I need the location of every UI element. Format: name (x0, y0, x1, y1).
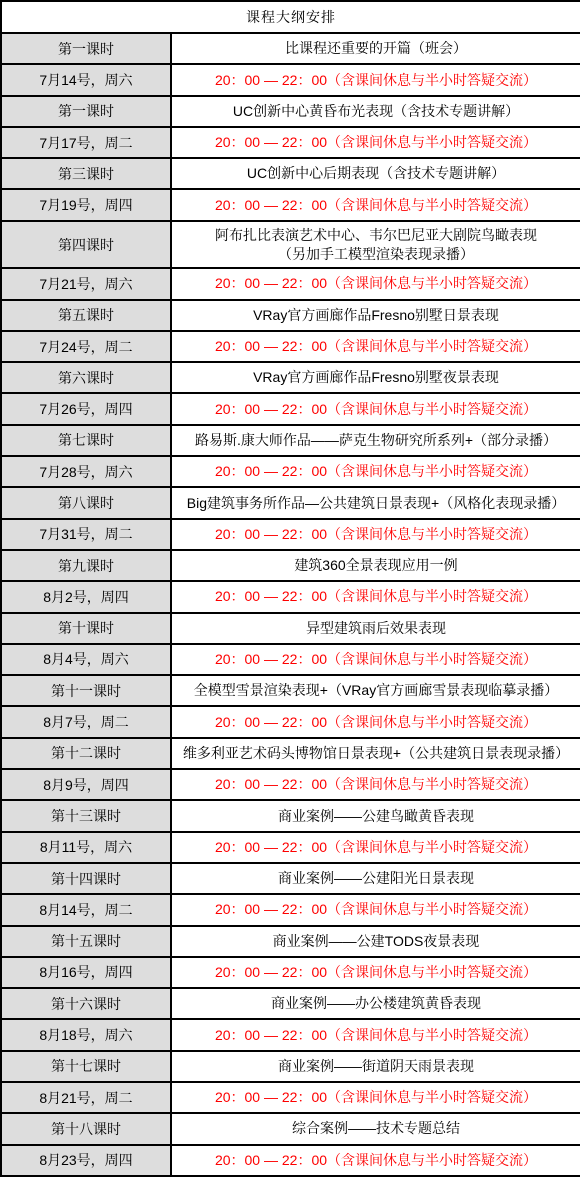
table-row: 第十八课时 综合案例——技术专题总结 (1, 1113, 580, 1144)
table-row: 8月4号，周六 20：00 — 22：00（含课间休息与半小时答疑交流） (1, 644, 580, 675)
table-row: 第一课时 UC创新中心黄昏布光表现（含技术专题讲解） (1, 96, 580, 127)
session-date-cell: 第一课时 (1, 33, 171, 64)
lesson-content-cell: 商业案例——公建鸟瞰黄昏表现 (171, 800, 580, 831)
table-row: 8月18号，周六 20：00 — 22：00（含课间休息与半小时答疑交流） (1, 1019, 580, 1050)
table-row: 第十五课时 商业案例——公建TODS夜景表现 (1, 926, 580, 957)
lesson-content-cell: 20：00 — 22：00（含课间休息与半小时答疑交流） (171, 581, 580, 612)
table-row: 8月7号，周二 20：00 — 22：00（含课间休息与半小时答疑交流） (1, 706, 580, 737)
session-date-cell: 第十六课时 (1, 988, 171, 1019)
session-date-cell: 第十二课时 (1, 738, 171, 769)
session-date-cell: 第十一课时 (1, 675, 171, 706)
table-row: 第十六课时 商业案例——办公楼建筑黄昏表现 (1, 988, 580, 1019)
lesson-content-cell: 20：00 — 22：00（含课间休息与半小时答疑交流） (171, 644, 580, 675)
table-row: 第七课时 路易斯.康大师作品——萨克生物研究所系列+（部分录播） (1, 425, 580, 456)
lesson-content-cell: 20：00 — 22：00（含课间休息与半小时答疑交流） (171, 706, 580, 737)
table-row: 第十二课时 维多利亚艺术码头博物馆日景表现+（公共建筑日景表现录播） (1, 738, 580, 769)
table-row: 第六课时 VRay官方画廊作品Fresno别墅夜景表现 (1, 362, 580, 393)
table-row: 8月11号，周六 20：00 — 22：00（含课间休息与半小时答疑交流） (1, 832, 580, 863)
table-title: 课程大纲安排 (1, 1, 580, 33)
session-date-cell: 7月14号，周六 (1, 64, 171, 95)
session-date-cell: 第十三课时 (1, 800, 171, 831)
lesson-content-cell: 20：00 — 22：00（含课间休息与半小时答疑交流） (171, 519, 580, 550)
lesson-content-cell: 20：00 — 22：00（含课间休息与半小时答疑交流） (171, 331, 580, 362)
session-date-cell: 8月7号，周二 (1, 706, 171, 737)
lesson-content-cell: VRay官方画廊作品Fresno别墅夜景表现 (171, 362, 580, 393)
table-row: 7月17号，周二 20：00 — 22：00（含课间休息与半小时答疑交流） (1, 127, 580, 158)
table-row: 第十三课时 商业案例——公建鸟瞰黄昏表现 (1, 800, 580, 831)
lesson-content-cell: 20：00 — 22：00（含课间休息与半小时答疑交流） (171, 1082, 580, 1113)
table-header-row: 课程大纲安排 (1, 1, 580, 33)
table-row: 第八课时 Big建筑事务所作品—公共建筑日景表现+（风格化表现录播） (1, 487, 580, 518)
table-row: 8月2号，周四 20：00 — 22：00（含课间休息与半小时答疑交流） (1, 581, 580, 612)
session-date-cell: 8月14号，周二 (1, 894, 171, 925)
session-date-cell: 第九课时 (1, 550, 171, 581)
session-date-cell: 第十四课时 (1, 863, 171, 894)
lesson-content-cell: UC创新中心后期表现（含技术专题讲解） (171, 158, 580, 189)
session-date-cell: 7月24号，周二 (1, 331, 171, 362)
lesson-content-cell: 20：00 — 22：00（含课间休息与半小时答疑交流） (171, 268, 580, 299)
table-row: 第五课时 VRay官方画廊作品Fresno别墅日景表现 (1, 300, 580, 331)
session-date-cell: 第六课时 (1, 362, 171, 393)
lesson-content-cell: 商业案例——办公楼建筑黄昏表现 (171, 988, 580, 1019)
session-date-cell: 第十五课时 (1, 926, 171, 957)
session-date-cell: 7月26号，周四 (1, 393, 171, 424)
session-date-cell: 8月11号，周六 (1, 832, 171, 863)
table-row: 第一课时 比课程还重要的开篇（班会） (1, 33, 580, 64)
table-row: 8月16号，周四 20：00 — 22：00（含课间休息与半小时答疑交流） (1, 957, 580, 988)
table-row: 第十课时 异型建筑雨后效果表现 (1, 613, 580, 644)
session-date-cell: 8月9号，周四 (1, 769, 171, 800)
session-date-cell: 7月17号，周二 (1, 127, 171, 158)
lesson-content-cell: 建筑360全景表现应用一例 (171, 550, 580, 581)
lesson-content-cell: 商业案例——公建TODS夜景表现 (171, 926, 580, 957)
session-date-cell: 第十课时 (1, 613, 171, 644)
lesson-content-cell: 全模型雪景渲染表现+（VRay官方画廊雪景表现临摹录播） (171, 675, 580, 706)
session-date-cell: 第五课时 (1, 300, 171, 331)
session-date-cell: 8月21号，周二 (1, 1082, 171, 1113)
table-row: 7月31号，周二 20：00 — 22：00（含课间休息与半小时答疑交流） (1, 519, 580, 550)
table-row: 第三课时 UC创新中心后期表现（含技术专题讲解） (1, 158, 580, 189)
lesson-content-cell: 20：00 — 22：00（含课间休息与半小时答疑交流） (171, 393, 580, 424)
session-date-cell: 7月31号，周二 (1, 519, 171, 550)
session-date-cell: 第一课时 (1, 96, 171, 127)
table-row: 第十一课时 全模型雪景渲染表现+（VRay官方画廊雪景表现临摹录播） (1, 675, 580, 706)
session-date-cell: 8月23号，周四 (1, 1145, 171, 1176)
session-date-cell: 第八课时 (1, 487, 171, 518)
session-date-cell: 7月19号，周四 (1, 189, 171, 220)
lesson-content-cell: 商业案例——街道阴天雨景表现 (171, 1051, 580, 1082)
table-row: 8月21号，周二 20：00 — 22：00（含课间休息与半小时答疑交流） (1, 1082, 580, 1113)
session-date-cell: 第十八课时 (1, 1113, 171, 1144)
session-date-cell: 7月28号，周六 (1, 456, 171, 487)
table-row: 第十七课时 商业案例——街道阴天雨景表现 (1, 1051, 580, 1082)
lesson-content-cell: 异型建筑雨后效果表现 (171, 613, 580, 644)
lesson-content-cell: 比课程还重要的开篇（班会） (171, 33, 580, 64)
table-row: 8月9号，周四 20：00 — 22：00（含课间休息与半小时答疑交流） (1, 769, 580, 800)
lesson-content-cell: 20：00 — 22：00（含课间休息与半小时答疑交流） (171, 1019, 580, 1050)
lesson-content-cell: 20：00 — 22：00（含课间休息与半小时答疑交流） (171, 957, 580, 988)
session-date-cell: 8月16号，周四 (1, 957, 171, 988)
lesson-content-cell: 20：00 — 22：00（含课间休息与半小时答疑交流） (171, 64, 580, 95)
session-date-cell: 第四课时 (1, 221, 171, 268)
table-row: 7月24号，周二 20：00 — 22：00（含课间休息与半小时答疑交流） (1, 331, 580, 362)
lesson-content-cell: 20：00 — 22：00（含课间休息与半小时答疑交流） (171, 1145, 580, 1176)
lesson-content-cell: 路易斯.康大师作品——萨克生物研究所系列+（部分录播） (171, 425, 580, 456)
lesson-content-cell: VRay官方画廊作品Fresno别墅日景表现 (171, 300, 580, 331)
course-schedule-table: 课程大纲安排 第一课时 比课程还重要的开篇（班会） 7月14号，周六 20：00… (0, 0, 580, 1177)
lesson-content-cell: 20：00 — 22：00（含课间休息与半小时答疑交流） (171, 127, 580, 158)
session-date-cell: 第七课时 (1, 425, 171, 456)
table-row: 8月14号，周二 20：00 — 22：00（含课间休息与半小时答疑交流） (1, 894, 580, 925)
session-date-cell: 7月21号，周六 (1, 268, 171, 299)
table-row: 第四课时 阿布扎比表演艺术中心、韦尔巴尼亚大剧院鸟瞰表现 （另加手工模型渲染表现… (1, 221, 580, 268)
table-row: 8月23号，周四 20：00 — 22：00（含课间休息与半小时答疑交流） (1, 1145, 580, 1176)
table-row: 7月26号，周四 20：00 — 22：00（含课间休息与半小时答疑交流） (1, 393, 580, 424)
lesson-content-cell: 20：00 — 22：00（含课间休息与半小时答疑交流） (171, 769, 580, 800)
session-date-cell: 8月2号，周四 (1, 581, 171, 612)
lesson-content-cell: 20：00 — 22：00（含课间休息与半小时答疑交流） (171, 832, 580, 863)
lesson-content-cell: Big建筑事务所作品—公共建筑日景表现+（风格化表现录播） (171, 487, 580, 518)
lesson-content-cell: 20：00 — 22：00（含课间休息与半小时答疑交流） (171, 456, 580, 487)
table-row: 7月14号，周六 20：00 — 22：00（含课间休息与半小时答疑交流） (1, 64, 580, 95)
lesson-content-cell: 综合案例——技术专题总结 (171, 1113, 580, 1144)
session-date-cell: 第十七课时 (1, 1051, 171, 1082)
table-row: 第九课时 建筑360全景表现应用一例 (1, 550, 580, 581)
lesson-content-cell: 商业案例——公建阳光日景表现 (171, 863, 580, 894)
session-date-cell: 8月18号，周六 (1, 1019, 171, 1050)
session-date-cell: 第三课时 (1, 158, 171, 189)
table-row: 7月21号，周六 20：00 — 22：00（含课间休息与半小时答疑交流） (1, 268, 580, 299)
lesson-content-cell: 20：00 — 22：00（含课间休息与半小时答疑交流） (171, 189, 580, 220)
lesson-content-cell: 20：00 — 22：00（含课间休息与半小时答疑交流） (171, 894, 580, 925)
table-row: 7月19号，周四 20：00 — 22：00（含课间休息与半小时答疑交流） (1, 189, 580, 220)
lesson-content-cell: 阿布扎比表演艺术中心、韦尔巴尼亚大剧院鸟瞰表现 （另加手工模型渲染表现录播） (171, 221, 580, 268)
table-row: 第十四课时 商业案例——公建阳光日景表现 (1, 863, 580, 894)
lesson-content-cell: UC创新中心黄昏布光表现（含技术专题讲解） (171, 96, 580, 127)
table-row: 7月28号，周六 20：00 — 22：00（含课间休息与半小时答疑交流） (1, 456, 580, 487)
lesson-content-cell: 维多利亚艺术码头博物馆日景表现+（公共建筑日景表现录播） (171, 738, 580, 769)
session-date-cell: 8月4号，周六 (1, 644, 171, 675)
